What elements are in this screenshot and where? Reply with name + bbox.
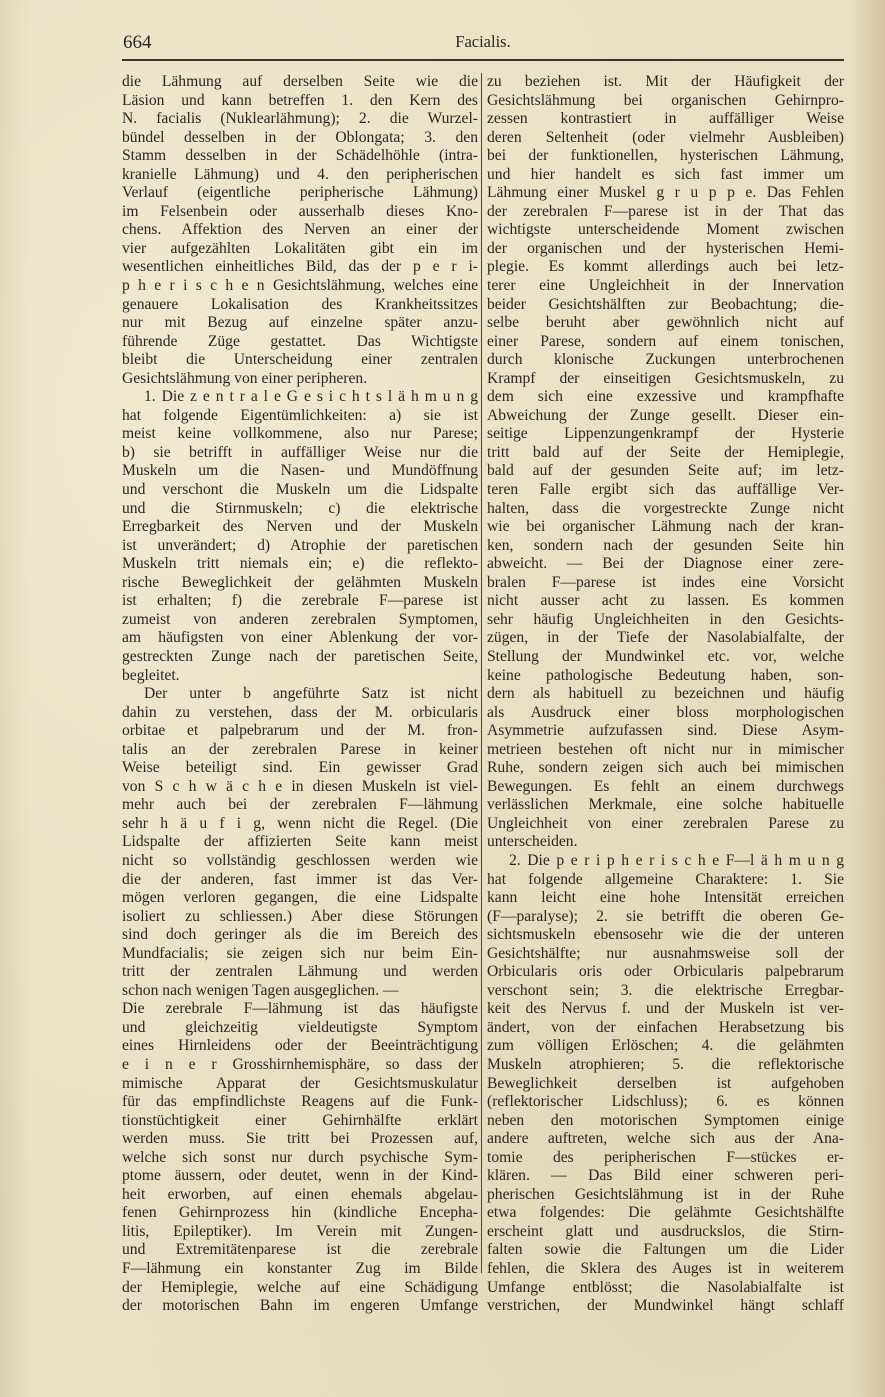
text-line: Muskeln atrophieren; 5. die reflektorisc…	[487, 1056, 844, 1075]
text-line: der organischen und der hysterischen Hem…	[487, 240, 844, 259]
text-line: keine pathologische Bedeutung haben, son…	[487, 667, 844, 686]
text-line: einer Parese, sondern auf einem tonische…	[487, 333, 844, 352]
text-line: fenen Gehirnprozess hin (kindliche Encep…	[122, 1204, 478, 1223]
text-line: von S c h w ä c h e in diesen Muskeln is…	[122, 778, 478, 797]
text-line: fehlen, die Sklera des Auges ist in weit…	[487, 1260, 844, 1279]
text-line: Stamm desselben in der Schädelhöhle (int…	[122, 147, 478, 166]
text-line: zu beziehen ist. Mit der Häufigkeit der	[487, 73, 844, 92]
text-line: Umfange entblösst; die Nasolabialfalte i…	[487, 1279, 844, 1298]
text-line: chens. Affektion des Nerven an einer der	[122, 221, 478, 240]
text-line: selbe beruht aber gewöhnlich nicht auf	[487, 314, 844, 333]
text-line: F—lähmung ein konstanter Zug im Bilde	[122, 1260, 478, 1279]
text-line: bei der funktionellen, hysterischen Lähm…	[487, 147, 844, 166]
text-line: falten sowie die Faltungen um die Lider	[487, 1241, 844, 1260]
text-line: bralen F—parese ist indes eine Vorsicht	[487, 574, 844, 593]
text-line: hat folgende allgemeine Charaktere: 1. S…	[487, 871, 844, 890]
text-line: Läsion und kann betreffen 1. den Kern de…	[122, 92, 478, 111]
text-line: Orbicularis oris oder Orbicularis palpeb…	[487, 963, 844, 982]
text-line: deren Seltenheit (oder vielmehr Ausbleib…	[487, 129, 844, 148]
text-line: teren Falle ergibt sich das auffällige V…	[487, 481, 844, 500]
text-line: ist unverändert; d) Atrophie der paretis…	[122, 537, 478, 556]
text-line: tritt der zentralen Lähmung und werden	[122, 963, 478, 982]
text-line: keit des Nervus f. und der Muskeln ist v…	[487, 1000, 844, 1019]
text-line: Muskeln um die Nasen- und Mundöffnung	[122, 462, 478, 481]
text-line: verstrichen, der Mundwinkel hängt schlaf…	[487, 1297, 844, 1316]
text-line: Die zerebrale F—lähmung ist das häufigst…	[122, 1000, 478, 1019]
text-line: Abweichung der Zunge gesellt. Dieser ein…	[487, 407, 844, 426]
text-line: wie bei organischer Lähmung nach der kra…	[487, 518, 844, 537]
text-line: 2. Die p e r i p h e r i s c h e F—l ä h…	[487, 852, 844, 871]
text-line: wichtigste unterscheidende Moment zwisch…	[487, 221, 844, 240]
text-line: rische Beweglichkeit der gelähmten Muske…	[122, 574, 478, 593]
text-line: dahin zu verstehen, dass der M. orbicula…	[122, 704, 478, 723]
text-line: sichtsmuskeln ebensosehr wie die der unt…	[487, 926, 844, 945]
text-line: zügen, in der Tiefe der Nasolabialfalte,…	[487, 629, 844, 648]
text-line: Krampf der einseitigen Gesichtsmuskeln, …	[487, 370, 844, 389]
text-line: bleibt die Unterscheidung einer zentrale…	[122, 351, 478, 370]
text-line: metrieen bestehen oft nicht nur in mimis…	[487, 741, 844, 760]
text-line: vier aufgezählten Lokalitäten gibt ein i…	[122, 240, 478, 259]
text-line: Erregbarkeit des Nerven und der Muskeln	[122, 518, 478, 537]
text-line: meist keine vollkommene, also nur Parese…	[122, 425, 478, 444]
book-page: 664 Facialis. die Lähmung auf derselben …	[0, 0, 885, 1397]
text-line: heit erworben, auf einen ehemals abgelau…	[122, 1186, 478, 1205]
text-line: bald auf der gesunden Seite auf; im letz…	[487, 462, 844, 481]
text-line: gestreckten Zunge nach der paretischen S…	[122, 648, 478, 667]
text-line: und verschont die Muskeln um die Lidspal…	[122, 481, 478, 500]
text-line: mimische Apparat der Gesichtsmuskulatur	[122, 1075, 478, 1094]
text-line: Gesichtslähmung bei organischen Gehirnpr…	[487, 92, 844, 111]
text-line: kann leicht eine hohe Intensität erreich…	[487, 889, 844, 908]
text-line: beider Gesichtshälften zur Beobachtung; …	[487, 296, 844, 315]
text-line: bündel desselben in der Oblongata; 3. de…	[122, 129, 478, 148]
text-line: ptome äussern, oder deutet, wenn in der …	[122, 1167, 478, 1186]
text-line: Der unter b angeführte Satz ist nicht	[122, 685, 478, 704]
text-line: und hier handelt es sich fast immer um	[487, 166, 844, 185]
text-line: Beweglichkeit derselben ist aufgehoben	[487, 1075, 844, 1094]
text-line: werden muss. Sie tritt bei Prozessen auf…	[122, 1130, 478, 1149]
text-line: Lähmung einer Muskel g r u p p e. Das Fe…	[487, 184, 844, 203]
text-line: pherischen Gesichtslähmung ist in der Ru…	[487, 1186, 844, 1205]
text-line: (F—paralyse); 2. sie betrifft die oberen…	[487, 908, 844, 927]
text-line: hat folgende Eigentümlichkeiten: a) sie …	[122, 407, 478, 426]
text-line: sehr h ä u f i g, wenn nicht die Regel. …	[122, 815, 478, 834]
text-line: Muskeln tritt niemals ein; e) die reflek…	[122, 555, 478, 574]
running-title: Facialis.	[123, 32, 843, 52]
text-line: abweicht. — Bei der Diagnose einer zere-	[487, 555, 844, 574]
text-line: p h e r i s c h e n Gesichtslähmung, wel…	[122, 277, 478, 296]
text-line: unterscheiden.	[487, 833, 844, 852]
text-line: die Lähmung auf derselben Seite wie die	[122, 73, 478, 92]
text-line: Lidspalte der affizierten Seite kann mei…	[122, 833, 478, 852]
text-line: sehr häufig Ungleichheiten in den Gesich…	[487, 611, 844, 630]
text-line: die der anderen, fast immer ist das Ver-	[122, 871, 478, 890]
text-line: Gesichtshälfte; nur ausnahmsweise soll d…	[487, 945, 844, 964]
text-line: talis an der zerebralen Parese in keiner	[122, 741, 478, 760]
text-line: neben den motorischen Symptomen einige	[487, 1112, 844, 1131]
text-line: zumeist von anderen zerebralen Symptomen…	[122, 611, 478, 630]
text-line: eines Hirnleidens oder der Beeinträchtig…	[122, 1037, 478, 1056]
text-line: klären. — Das Bild einer schweren peri-	[487, 1167, 844, 1186]
text-line: zessen kontrastiert in auffälliger Weise	[487, 110, 844, 129]
text-line: verlässlichen Merkmale, eine solche habi…	[487, 796, 844, 815]
text-line: nur mit Bezug auf einzelne später anzu-	[122, 314, 478, 333]
text-line: orbitae et palpebrarum und der M. fron-	[122, 722, 478, 741]
text-line: im Felsenbein oder ausserhalb dieses Kno…	[122, 203, 478, 222]
text-line: als Ausdruck einer bloss morphologischen	[487, 704, 844, 723]
text-line: seitige Lippenzungenkrampf der Hysterie	[487, 425, 844, 444]
text-line: tionstüchtigkeit einer Gehirnhälfte erkl…	[122, 1112, 478, 1131]
text-line: Asymmetrie aufzufassen sind. Diese Asym-	[487, 722, 844, 741]
text-line: zum völligen Erlöschen; 4. die gelähmten	[487, 1037, 844, 1056]
text-line: tritt bald auf der Seite der Hemiplegie,	[487, 444, 844, 463]
text-line: dern als habituell zu bezeichnen und häu…	[487, 685, 844, 704]
text-line: verschont sein; 3. die elektrische Erreg…	[487, 982, 844, 1001]
text-line: N. facialis (Nuklearlähmung); 2. die Wur…	[122, 110, 478, 129]
text-line: begleitet.	[122, 667, 478, 686]
text-line: Verlauf (eigentliche peripherische Lähmu…	[122, 184, 478, 203]
text-line: ken, sondern nach der gesunden Seite hin	[487, 537, 844, 556]
text-line: nicht ausser acht zu lassen. Es kommen	[487, 592, 844, 611]
text-line: der zerebralen F—parese ist in der That …	[487, 203, 844, 222]
text-line: Stellung der Mundwinkel etc. vor, welche	[487, 648, 844, 667]
text-line: und Extremitätenparese ist die zerebrale	[122, 1241, 478, 1260]
text-line: sind doch geringer als die im Bereich de…	[122, 926, 478, 945]
text-line: Ungleichheit von einer zerebralen Parese…	[487, 815, 844, 834]
text-line: am häufigsten von einer Ablenkung der vo…	[122, 629, 478, 648]
text-line: durch klonische Zuckungen unterbrochenen	[487, 351, 844, 370]
running-head: 664 Facialis.	[123, 30, 843, 56]
text-line: Gesichtslähmung von einer peripheren.	[122, 370, 478, 389]
text-line: plegie. Es kommt allerdings auch bei let…	[487, 258, 844, 277]
text-line: andere auftreten, welche sich aus der An…	[487, 1130, 844, 1149]
text-line: der motorischen Bahn im engeren Umfange	[122, 1297, 478, 1316]
text-line: Mundfacialis; sie zeigen sich nur beim E…	[122, 945, 478, 964]
text-line: etwa folgendes: Die gelähmte Gesichtshäl…	[487, 1204, 844, 1223]
text-line: Ruhe, sondern zeigen sich auch bei mimis…	[487, 759, 844, 778]
text-line: tomie des peripherischen F—stückes er-	[487, 1149, 844, 1168]
text-line: erscheint glatt und ausdruckslos, die St…	[487, 1223, 844, 1242]
text-line: Bewegungen. Es fehlt an einem durchwegs	[487, 778, 844, 797]
text-line: b) sie betrifft in auffälliger Weise nur…	[122, 444, 478, 463]
text-line: für das empfindlichste Reagens auf die F…	[122, 1093, 478, 1112]
text-line: kranielle Lähmung) und 4. den peripheris…	[122, 166, 478, 185]
text-line: 1. Die z e n t r a l e G e s i c h t s l…	[122, 388, 478, 407]
text-line: und die Stirnmuskeln; c) die elektrische	[122, 500, 478, 519]
right-column: zu beziehen ist. Mit der Häufigkeit derG…	[487, 73, 844, 1316]
text-line: genauere Lokalisation des Krankheitssitz…	[122, 296, 478, 315]
column-divider	[481, 73, 482, 1273]
text-line: mögen verloren gegangen, die eine Lidspa…	[122, 889, 478, 908]
text-line: isoliert zu schliessen.) Aber diese Stör…	[122, 908, 478, 927]
text-line: (reflektorischer Lidschluss); 6. es könn…	[487, 1093, 844, 1112]
text-line: litis, Epileptiker). Im Verein mit Zunge…	[122, 1223, 478, 1242]
text-line: welche sich sonst nur durch psychische S…	[122, 1149, 478, 1168]
text-line: führende Züge gestattet. Das Wichtigste	[122, 333, 478, 352]
text-line: halten, dass die vorgestreckte Zunge nic…	[487, 500, 844, 519]
text-line: mehr auch bei der zerebralen F—lähmung	[122, 796, 478, 815]
text-line: ist erhalten; f) die zerebrale F—parese …	[122, 592, 478, 611]
text-line: Weise beteiligt sind. Ein gewisser Grad	[122, 759, 478, 778]
text-line: der Hemiplegie, welche auf eine Schädigu…	[122, 1279, 478, 1298]
header-rule	[122, 59, 844, 61]
text-line: dem sich eine exzessive und krampfhafte	[487, 388, 844, 407]
text-line: schon nach wenigen Tagen ausgeglichen. —	[122, 982, 478, 1001]
text-line: nicht so vollständig geschlossen werden …	[122, 852, 478, 871]
text-line: terer eine Ungleichheit in der Innervati…	[487, 277, 844, 296]
left-column: die Lähmung auf derselben Seite wie dieL…	[122, 73, 478, 1316]
text-line: und gleichzeitig vieldeutigste Symptom	[122, 1019, 478, 1038]
text-line: e i n e r Grosshirnhemisphäre, so dass d…	[122, 1056, 478, 1075]
text-line: wesentlichen einheitliches Bild, das der…	[122, 258, 478, 277]
text-line: ändert, von der einfachen Herabsetzung b…	[487, 1019, 844, 1038]
